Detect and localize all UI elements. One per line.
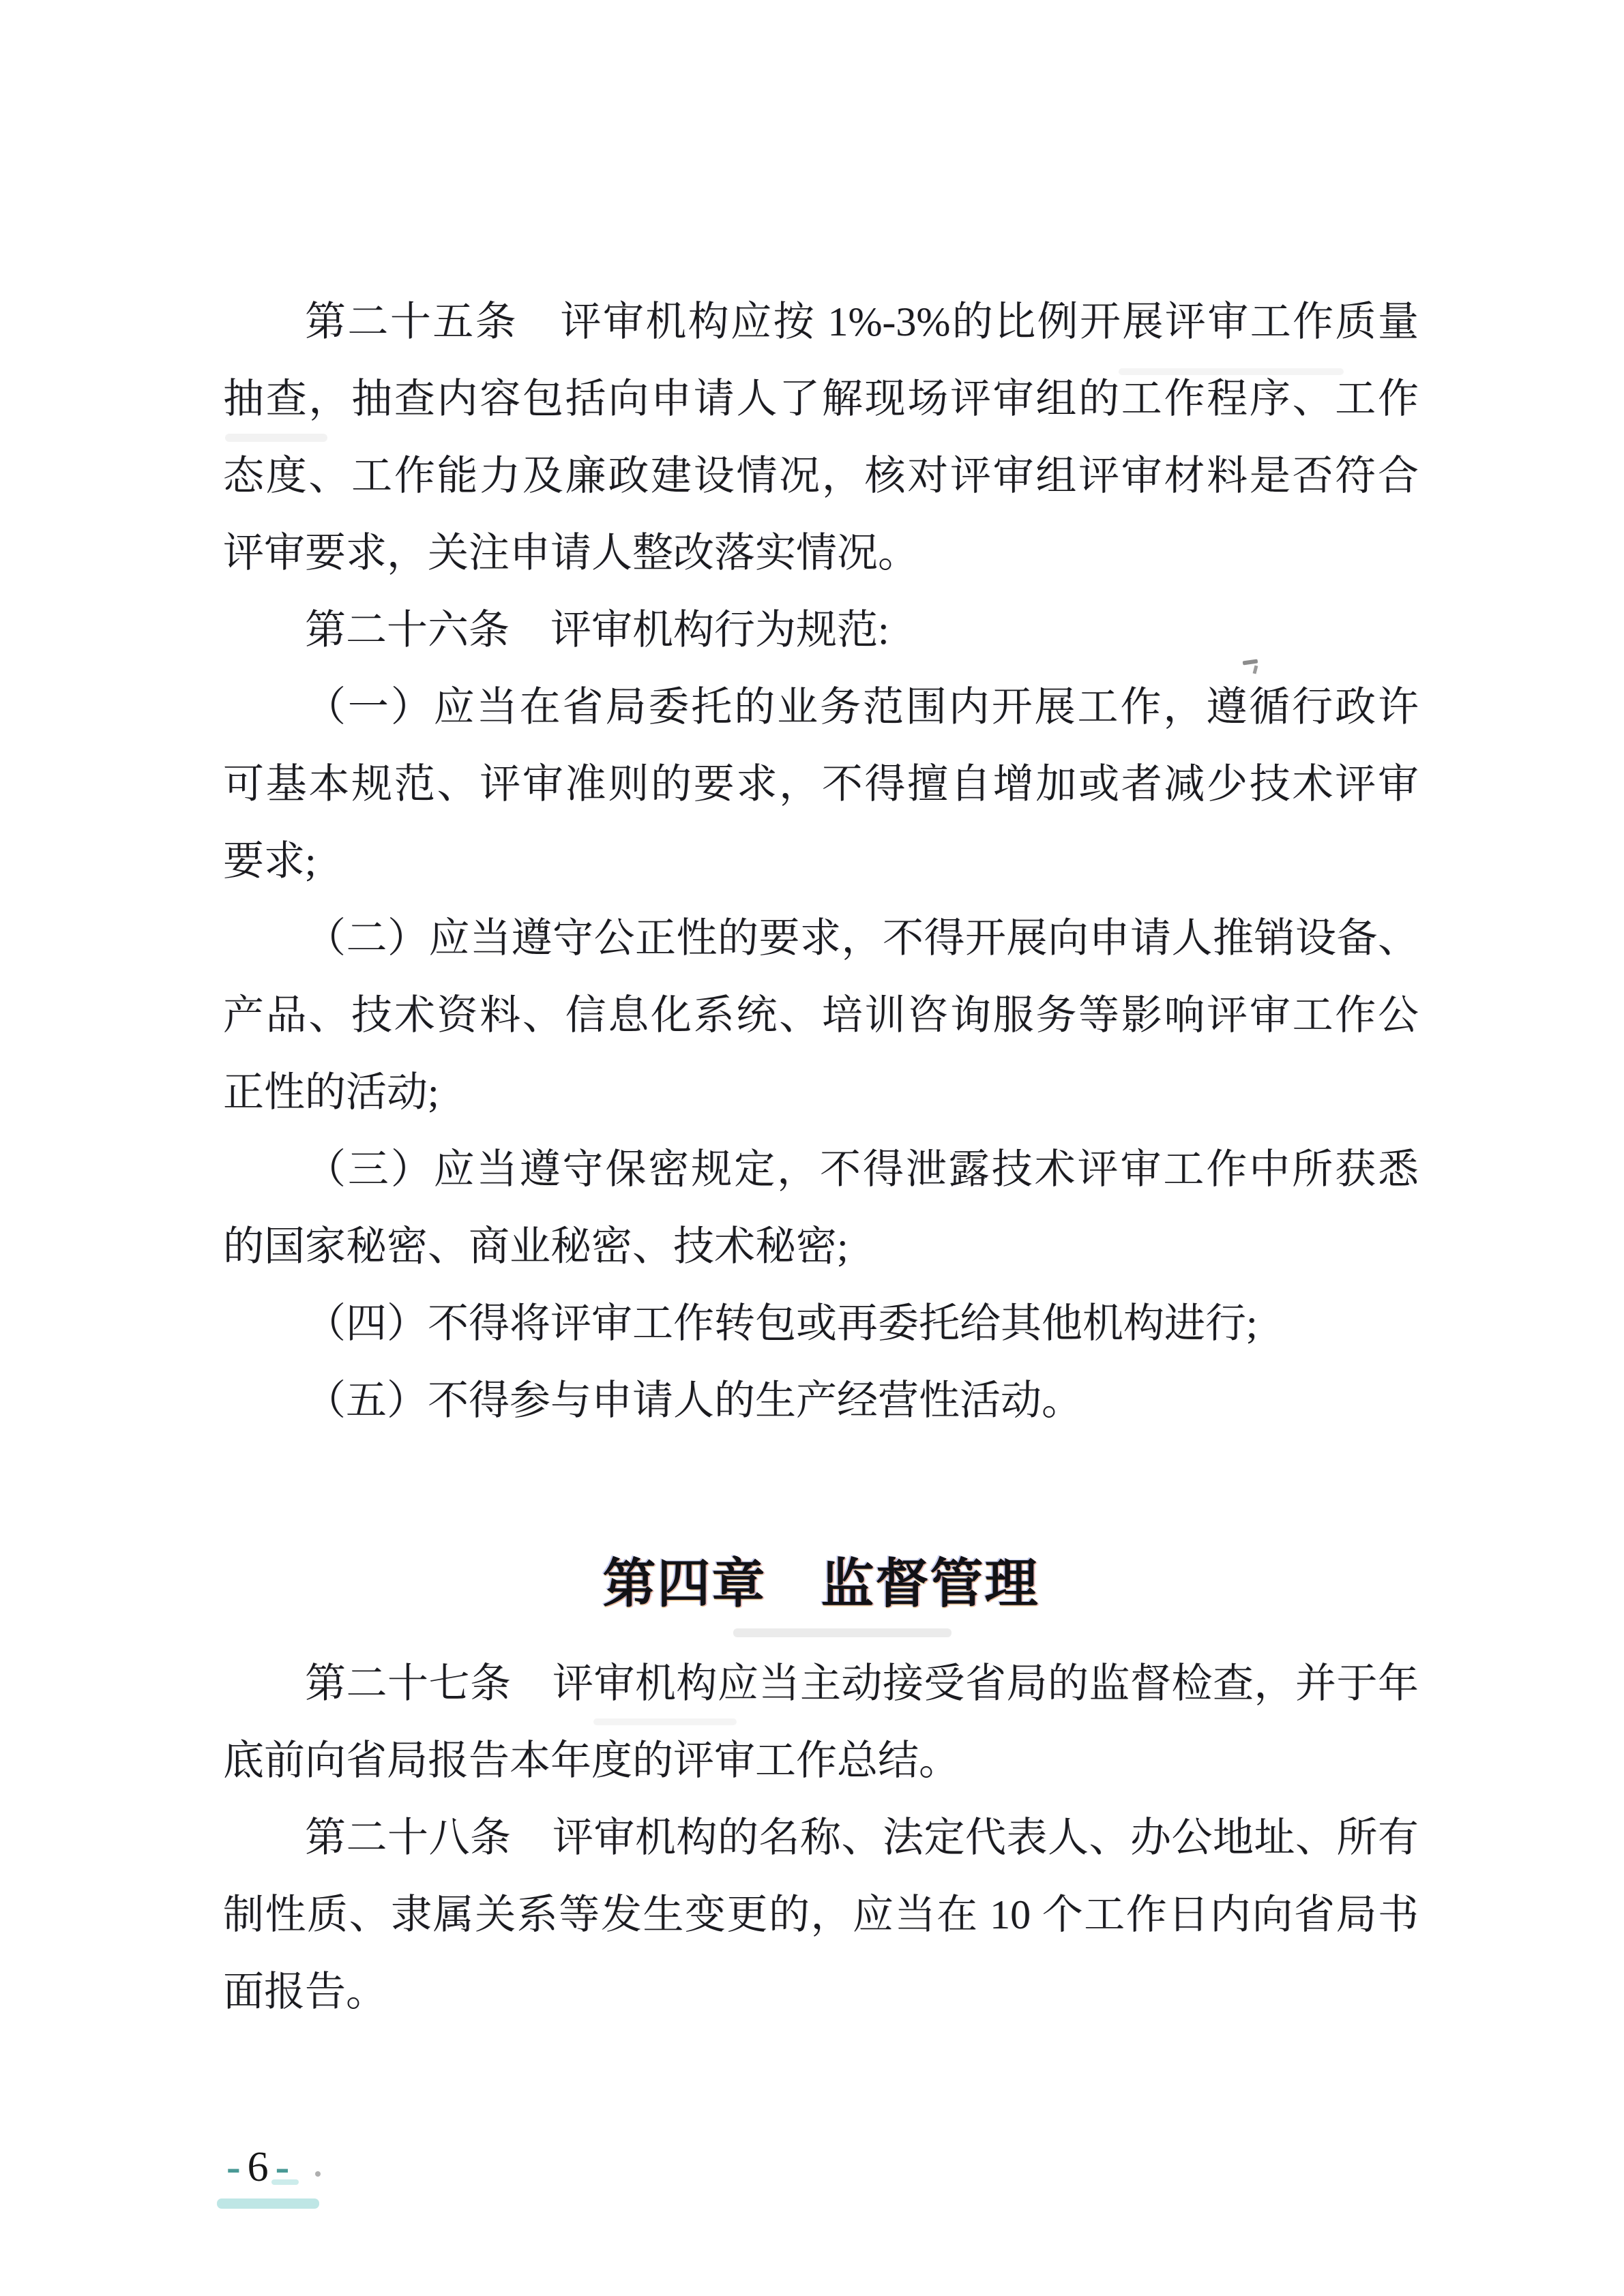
article-text-block: 第二十五条 评审机构应按 1%-3%的比例开展评审工作质量 抽查，抽查内容包括向…	[223, 284, 1419, 1440]
text-line: （五）不得参与申请人的生产经营性活动。	[223, 1362, 1419, 1440]
scan-artifact	[225, 434, 327, 442]
article-text-block: 第二十七条 评审机构应当主动接受省局的监督检查，并于年 底前向省局报告本年度的评…	[223, 1645, 1419, 2031]
scan-artifact	[1119, 368, 1344, 375]
text-line: 面报告。	[223, 1954, 1419, 2031]
scan-artifact	[271, 2179, 299, 2185]
text-line: （三）应当遵守保密规定，不得泄露技术评审工作中所获悉	[223, 1131, 1419, 1208]
page-number-value: 6	[248, 2144, 269, 2190]
text-line: 正性的活动;	[223, 1054, 1419, 1131]
scan-artifact	[593, 1718, 737, 1725]
text-line: （一）应当在省局委托的业务范围内开展工作，遵循行政许	[223, 669, 1419, 746]
scan-artifact	[733, 1628, 951, 1637]
text-line: 要求;	[223, 823, 1419, 900]
scan-artifact	[217, 2198, 319, 2209]
scan-artifact	[315, 2171, 321, 2177]
text-line: 第二十六条 评审机构行为规范:	[223, 592, 1419, 669]
text-line: （四）不得将评审工作转包或再委托给其他机构进行;	[223, 1285, 1419, 1362]
text-line: 第二十五条 评审机构应按 1%-3%的比例开展评审工作质量	[223, 284, 1419, 361]
scanned-document-page: 第二十五条 评审机构应按 1%-3%的比例开展评审工作质量 抽查，抽查内容包括向…	[0, 0, 1624, 2296]
page-number: -6-	[220, 2140, 296, 2194]
text-line: 可基本规范、评审准则的要求，不得擅自增加或者减少技术评审	[223, 746, 1419, 823]
text-line: 第二十七条 评审机构应当主动接受省局的监督检查，并于年	[223, 1645, 1419, 1723]
text-line: 制性质、隶属关系等发生变更的，应当在 10 个工作日内向省局书	[223, 1877, 1419, 1954]
text-line: 评审要求，关注申请人整改落实情况。	[223, 515, 1419, 592]
chapter-heading: 第四章 监督管理	[223, 1545, 1419, 1622]
page-number-dash-left: -	[220, 2144, 248, 2190]
text-line: 产品、技术资料、信息化系统、培训咨询服务等影响评审工作公	[223, 977, 1419, 1054]
text-line: 态度、工作能力及廉政建设情况，核对评审组评审材料是否符合	[223, 438, 1419, 515]
text-line: 底前向省局报告本年度的评审工作总结。	[223, 1723, 1419, 1800]
text-line: 的国家秘密、商业秘密、技术秘密;	[223, 1208, 1419, 1285]
text-line: （二）应当遵守公正性的要求，不得开展向申请人推销设备、	[223, 900, 1419, 977]
text-line: 第二十八条 评审机构的名称、法定代表人、办公地址、所有	[223, 1800, 1419, 1877]
